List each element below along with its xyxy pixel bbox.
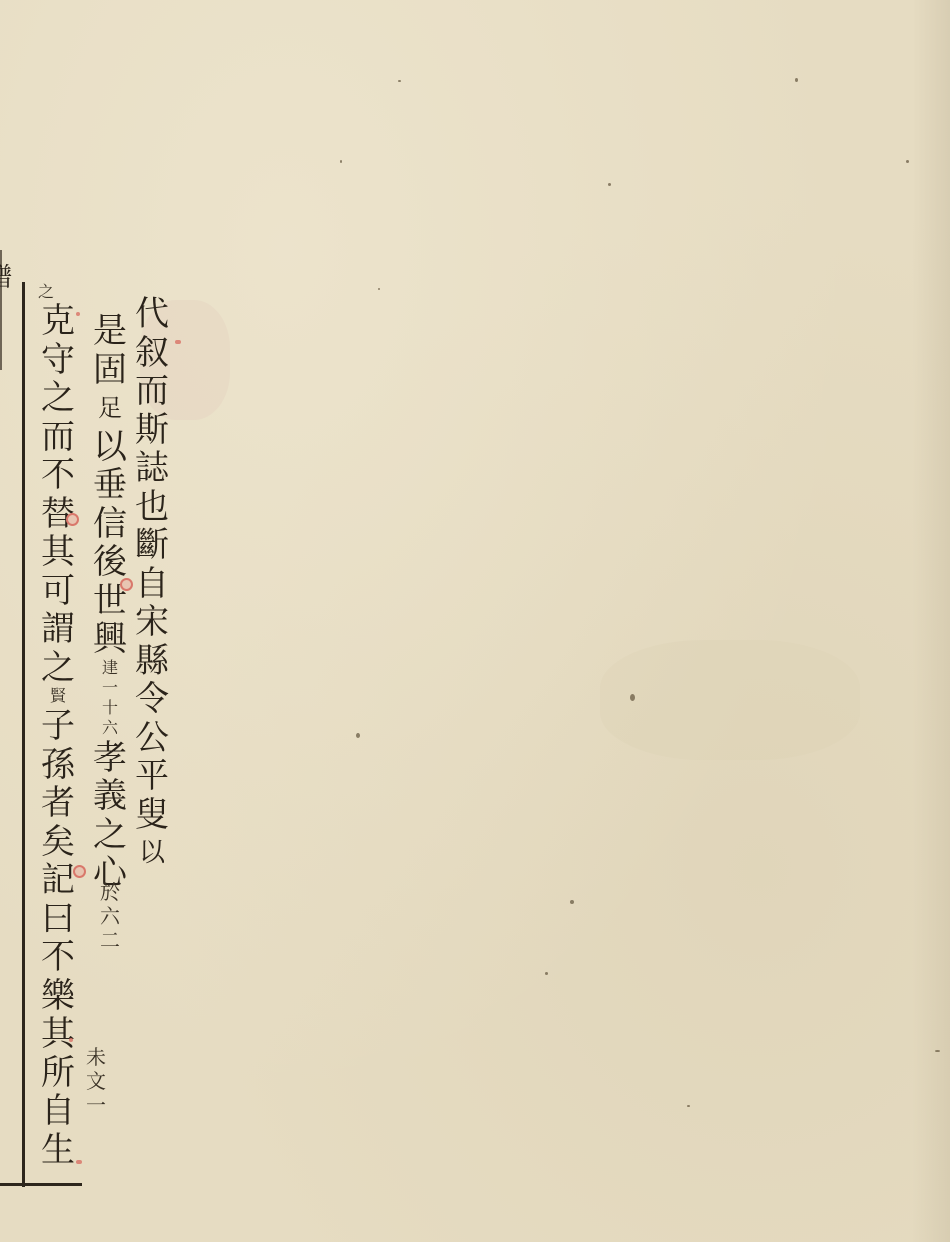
interlinear-annotation: 於 六 二 bbox=[100, 880, 120, 952]
column-char: 䢖 bbox=[90, 659, 130, 679]
column-char: 矣 bbox=[38, 823, 78, 862]
paper-speck bbox=[340, 160, 342, 163]
punctuation-tick bbox=[76, 312, 80, 316]
column-char: 可 bbox=[38, 572, 78, 611]
paper-speck bbox=[795, 78, 798, 82]
column-char: 所 bbox=[38, 1054, 78, 1093]
column-char: 也 bbox=[132, 488, 172, 527]
punctuation-circle bbox=[73, 865, 86, 878]
column-char: 斯 bbox=[132, 411, 172, 450]
column-char: 令 bbox=[132, 680, 172, 719]
column-char: 信 bbox=[90, 505, 130, 544]
paper-speck bbox=[906, 160, 909, 163]
column-char: 垂 bbox=[90, 466, 130, 505]
column-char: 孫 bbox=[38, 746, 78, 785]
column-char: 之 bbox=[38, 379, 78, 418]
paper-speck bbox=[378, 288, 380, 290]
column-char: 叟 bbox=[132, 796, 172, 835]
paper-speck bbox=[398, 80, 401, 82]
column-char: 之 bbox=[90, 816, 130, 855]
punctuation-tick bbox=[76, 1160, 82, 1164]
paper-speck bbox=[687, 1105, 690, 1107]
column-char: 十 bbox=[90, 699, 130, 719]
column-char: 謂 bbox=[38, 610, 78, 649]
column-char: 興 bbox=[90, 620, 130, 659]
column-char: 克 bbox=[38, 302, 78, 341]
bottom-border-line bbox=[0, 1183, 82, 1186]
column-char: 之 bbox=[38, 649, 78, 688]
column-char: 後 bbox=[90, 543, 130, 582]
column-char: 其 bbox=[38, 533, 78, 572]
column-char: 子 bbox=[38, 707, 78, 746]
column-char: 固 bbox=[90, 351, 130, 390]
column-char: 不 bbox=[38, 938, 78, 977]
column-char: 生 bbox=[38, 1131, 78, 1170]
manuscript-page: 譜 代 叙 而 斯 誌 也 斷 自 宋 縣 令 公 平 叟 以 是 固 足 以 … bbox=[0, 0, 950, 1242]
interlinear-annotation: 未 文 一 bbox=[86, 1045, 106, 1117]
column-char: 者 bbox=[38, 784, 78, 823]
column-char: 而 bbox=[38, 418, 78, 457]
column-char: 孝 bbox=[90, 739, 130, 778]
paper-speck bbox=[608, 183, 611, 186]
paper-speck bbox=[935, 1050, 940, 1052]
punctuation-tick bbox=[175, 340, 181, 344]
column-char: 曰 bbox=[38, 900, 78, 939]
paper-stain bbox=[600, 640, 860, 760]
column-char: 以 bbox=[132, 834, 172, 873]
column-char: 是 bbox=[90, 312, 130, 351]
column-char: 義 bbox=[90, 777, 130, 816]
column-char: 自 bbox=[38, 1092, 78, 1131]
column-char: 平 bbox=[132, 757, 172, 796]
punctuation-circle bbox=[120, 578, 133, 591]
column-char: 縣 bbox=[132, 642, 172, 681]
column-char: 賢 bbox=[38, 687, 78, 707]
column-char: 自 bbox=[132, 565, 172, 604]
column-char: 叙 bbox=[132, 334, 172, 373]
punctuation-circle bbox=[66, 513, 79, 526]
edge-character-fragment: 譜 bbox=[0, 262, 14, 382]
column-char: 足 bbox=[90, 389, 130, 428]
column-char: 一 bbox=[90, 679, 130, 699]
column-char: 記 bbox=[38, 861, 78, 900]
paper-speck bbox=[356, 733, 360, 738]
column-char: 六 bbox=[90, 719, 130, 739]
column-char: 代 bbox=[132, 295, 172, 334]
column-char: 不 bbox=[38, 456, 78, 495]
column-char: 誌 bbox=[132, 449, 172, 488]
left-border-line bbox=[22, 282, 25, 1187]
column-char: 宋 bbox=[132, 603, 172, 642]
column-char: 其 bbox=[38, 1015, 78, 1054]
column-char: 以 bbox=[90, 428, 130, 467]
column-char: 公 bbox=[132, 719, 172, 758]
column-char: 而 bbox=[132, 372, 172, 411]
paper-speck bbox=[630, 694, 635, 701]
column-char: 樂 bbox=[38, 977, 78, 1016]
paper-speck bbox=[570, 900, 574, 904]
text-column-1: 代 叙 而 斯 誌 也 斷 自 宋 縣 令 公 平 叟 以 bbox=[132, 295, 172, 873]
text-column-2: 是 固 足 以 垂 信 後 世 興 䢖 一 十 六 孝 義 之 心 bbox=[90, 312, 130, 893]
paper-speck bbox=[545, 972, 548, 975]
column-char: 守 bbox=[38, 341, 78, 380]
punctuation-tick bbox=[69, 1038, 73, 1042]
column-char: 斷 bbox=[132, 526, 172, 565]
